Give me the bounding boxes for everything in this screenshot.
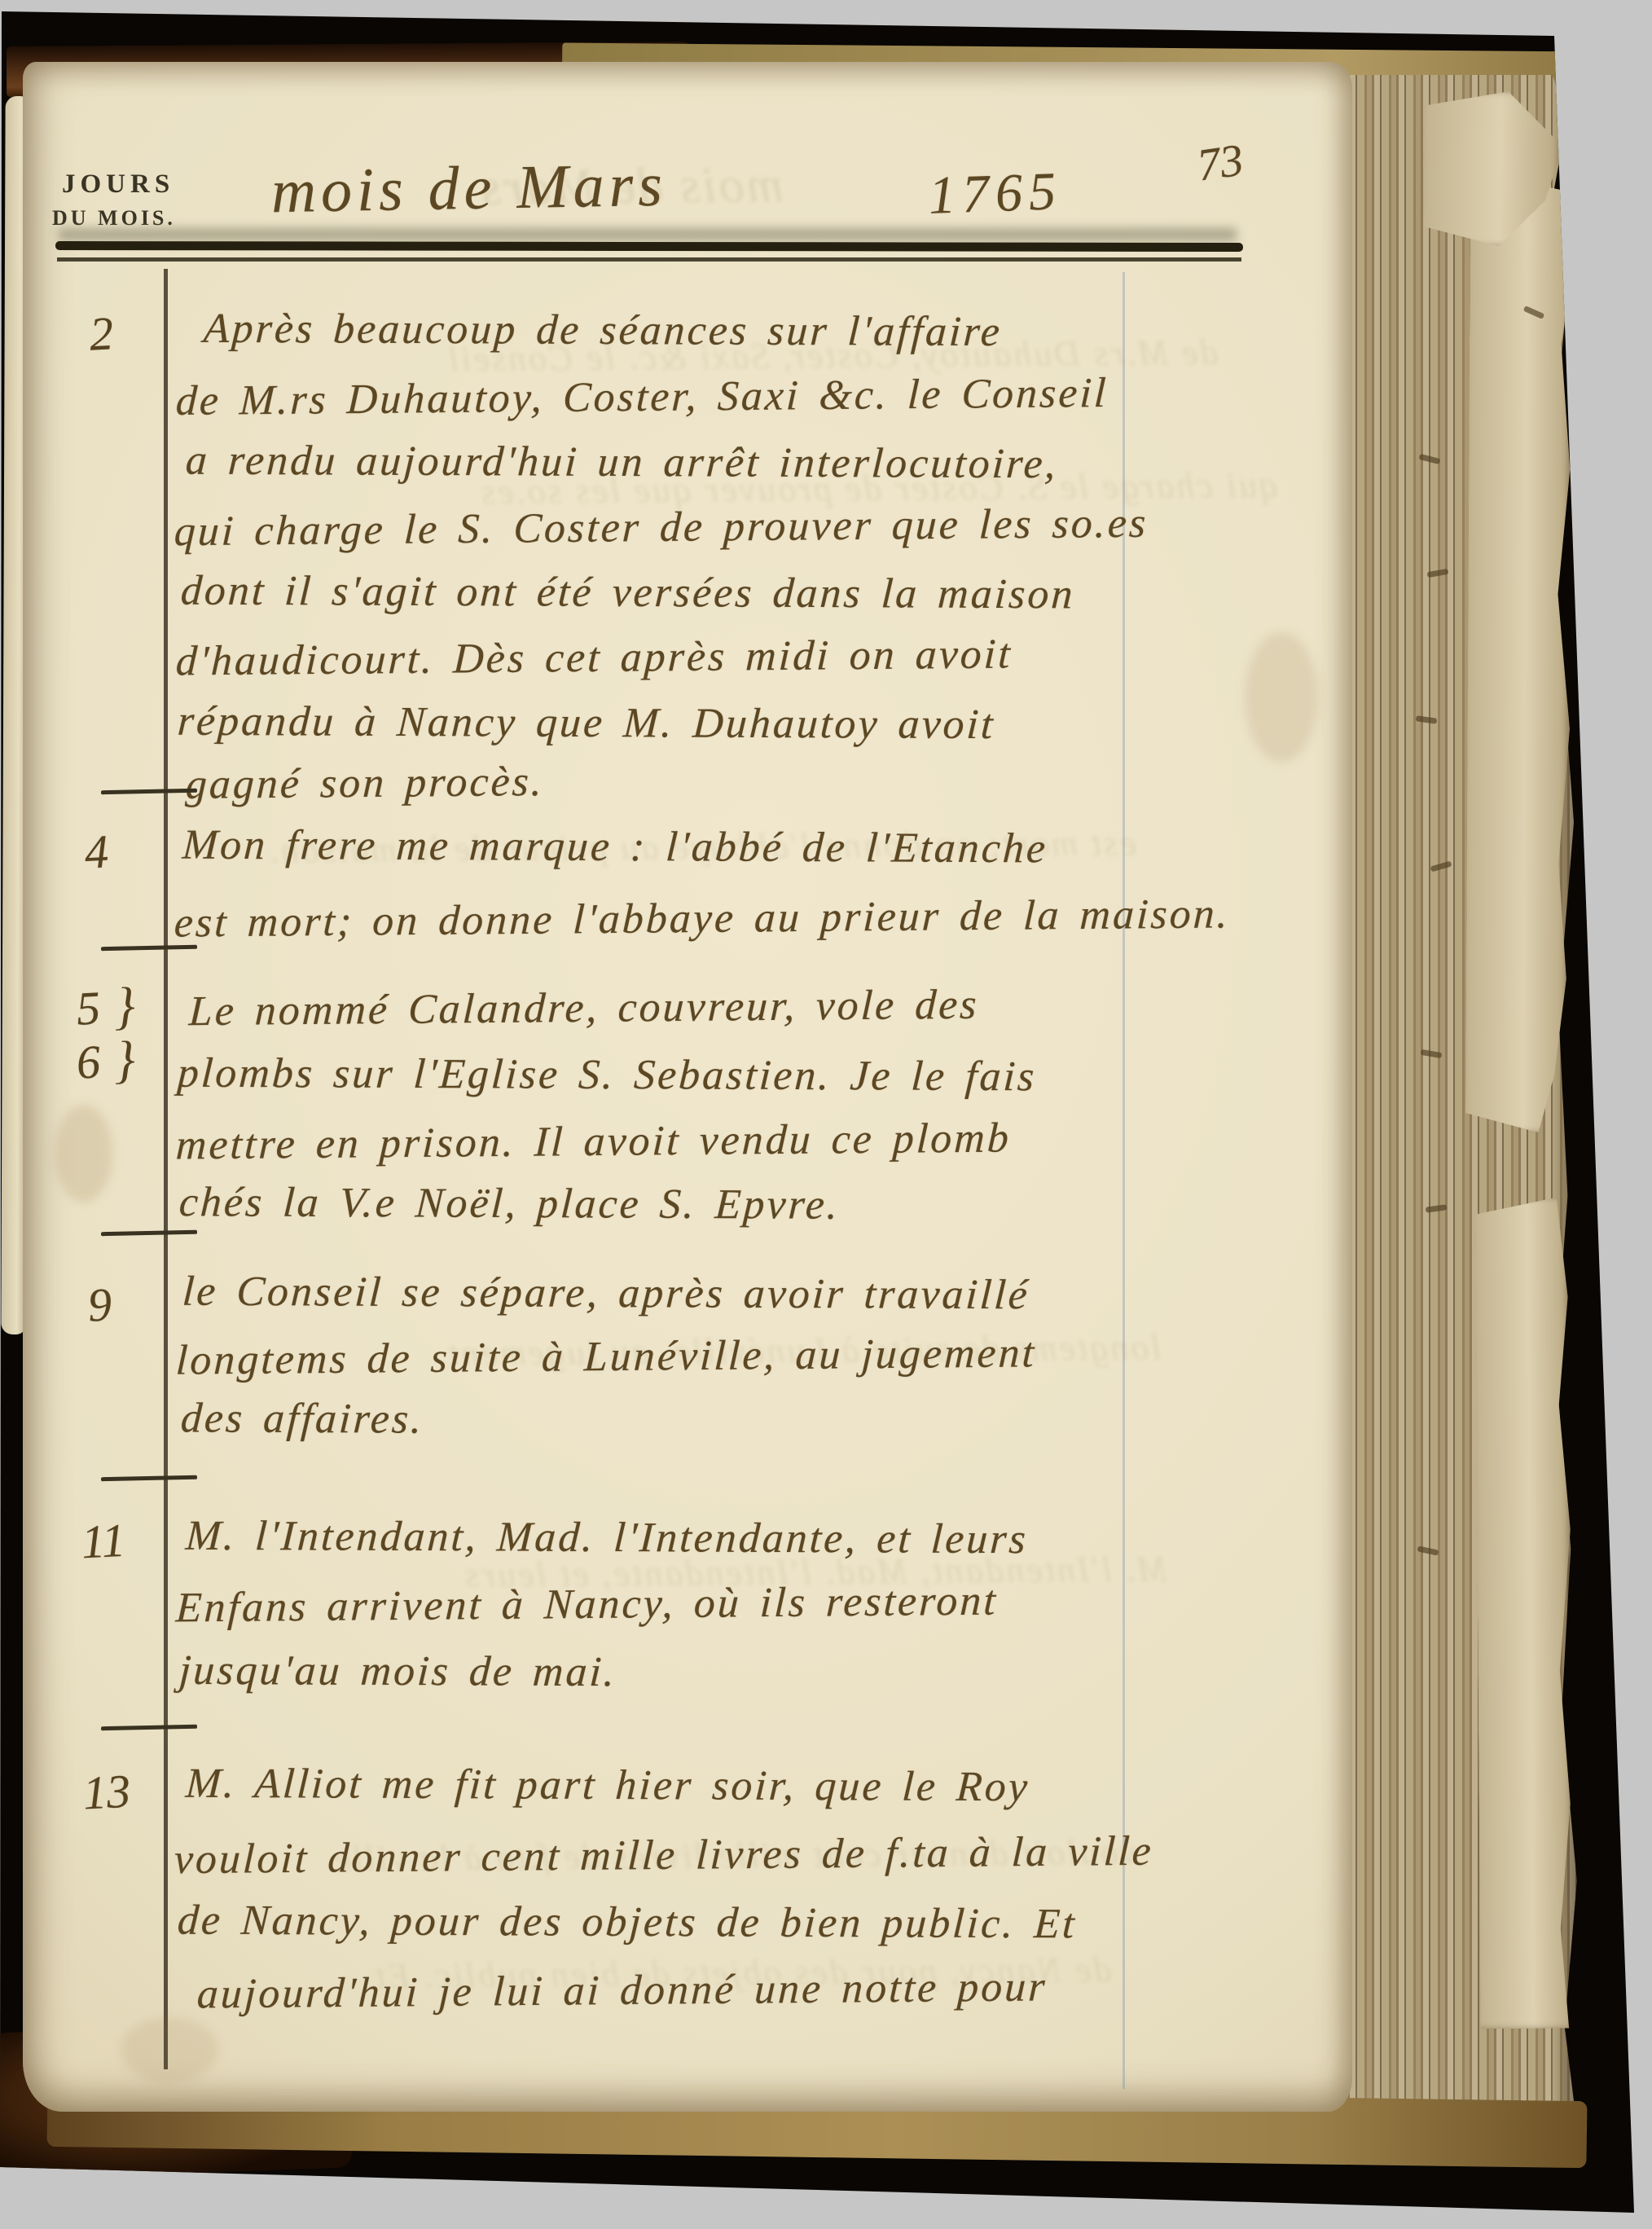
entry-day-number: 2 bbox=[88, 306, 114, 361]
header-rule-thick bbox=[55, 241, 1243, 252]
entry-text-line: des affaires. bbox=[179, 1394, 425, 1443]
entry-text-line: a rendu aujourd'hui un arrêt interlocuto… bbox=[184, 437, 1059, 489]
manuscript-page: JOURS DU MOIS. mois de Mars 1765 73 mois… bbox=[23, 62, 1352, 2112]
scanner-background: JOURS DU MOIS. mois de Mars 1765 73 mois… bbox=[0, 0, 1652, 2229]
entry-separator bbox=[101, 1475, 197, 1481]
foxing-stain bbox=[55, 1105, 112, 1202]
entry-text-line: est mort; on donne l'abbaye au prieur de… bbox=[174, 890, 1231, 947]
entry-text-line: plombs sur l'Eglise S. Sebastien. Je le … bbox=[176, 1049, 1038, 1101]
entry-text-line: Enfans arrivent à Nancy, où ils resteron… bbox=[175, 1577, 1000, 1633]
day-brace: } bbox=[113, 1030, 136, 1091]
entry-day-number: 4 bbox=[83, 824, 109, 879]
entry-day-number: 5 bbox=[75, 980, 101, 1035]
year-script: 1765 bbox=[928, 160, 1064, 227]
entry-text-line: dont il s'agit ont été versées dans la m… bbox=[179, 567, 1076, 619]
printed-column-heading-line1: JOURS bbox=[62, 168, 174, 201]
day-column-rule bbox=[164, 269, 168, 2069]
entry-separator bbox=[101, 945, 197, 951]
header-rule-thin bbox=[57, 257, 1241, 262]
photo-black-backdrop: JOURS DU MOIS. mois de Mars 1765 73 mois… bbox=[0, 0, 1652, 2229]
entry-text-line: M. l'Intendant, Mad. l'Intendante, et le… bbox=[184, 1512, 1029, 1563]
entry-separator bbox=[101, 1230, 197, 1236]
entry-separator bbox=[101, 1725, 197, 1730]
entry-text-line: aujourd'hui je lui ai donné une notte po… bbox=[196, 1963, 1048, 2018]
entry-text-line: Mon frere me marque : l'abbé de l'Etanch… bbox=[181, 821, 1048, 873]
folio-page-number: 73 bbox=[1194, 134, 1246, 191]
entry-text-line: le Conseil se sépare, après avoir travai… bbox=[181, 1268, 1030, 1320]
entry-day-number: 13 bbox=[81, 1764, 131, 1821]
entry-text-line: jusqu'au mois de mai. bbox=[178, 1646, 617, 1696]
entry-text-line: longtems de suite à Lunéville, au jugeme… bbox=[175, 1329, 1038, 1384]
day-brace: } bbox=[113, 976, 136, 1037]
entry-text-line: gagné son procès. bbox=[185, 758, 546, 809]
torn-page-edge bbox=[1474, 1198, 1576, 2029]
show-through-text: mois de Mars bbox=[479, 156, 784, 217]
foxing-stain bbox=[121, 2017, 218, 2082]
entry-separator bbox=[101, 789, 197, 794]
torn-page-edge bbox=[1465, 171, 1575, 1133]
entry-day-number: 6 bbox=[75, 1034, 101, 1089]
entry-text-line: qui charge le S. Coster de prouver que l… bbox=[174, 499, 1149, 556]
entry-text-line: répandu à Nancy que M. Duhautoy avoit bbox=[176, 697, 996, 749]
entry-text-line: d'haudicourt. Dès cet après midi on avoi… bbox=[175, 631, 1013, 686]
entry-text-line: Après beaucoup de séances sur l'affaire bbox=[202, 305, 1003, 356]
entry-text-line: vouloit donner cent mille livres de f.ta… bbox=[174, 1827, 1154, 1884]
entry-text-line: mettre en prison. Il avoit vendu ce plom… bbox=[175, 1114, 1013, 1170]
entry-text-line: de M.rs Duhautoy, Coster, Saxi &c. le Co… bbox=[175, 369, 1109, 425]
entry-text-line: chés la V.e Noël, place S. Epvre. bbox=[178, 1178, 841, 1229]
header-rule-smudge bbox=[59, 228, 1237, 241]
foxing-stain bbox=[1245, 632, 1318, 763]
entry-text-line: Le nommé Calandre, couvreur, vole des bbox=[188, 981, 980, 1035]
entry-day-number: 11 bbox=[80, 1513, 126, 1570]
entry-day-number: 9 bbox=[86, 1277, 112, 1332]
entry-text-line: M. Alliot me fit part hier soir, que le … bbox=[184, 1760, 1030, 1812]
entry-text-line: de Nancy, pour des objets de bien public… bbox=[176, 1897, 1078, 1949]
